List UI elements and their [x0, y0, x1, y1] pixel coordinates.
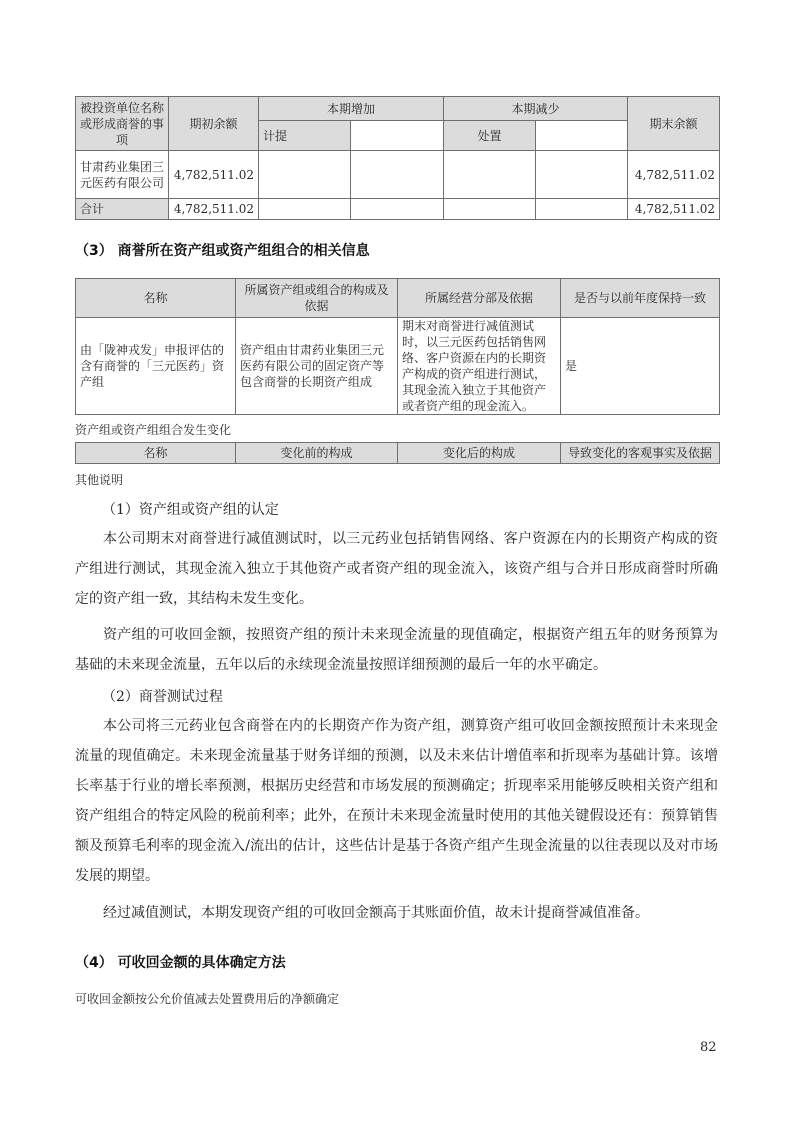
asset-group-info-table: 名称 所属资产组或组合的构成及依据 所属经营分部及依据 是否与以前年度保持一致 …: [75, 278, 720, 415]
page-number: 82: [700, 1040, 717, 1055]
header-disposal: 处置: [444, 121, 536, 151]
subsection2-title: （2）商誉测试过程: [102, 686, 223, 706]
header-consistent: 是否与以前年度保持一致: [561, 279, 720, 318]
asset-group-change-table: 名称 变化前的构成 变化后的构成 导致变化的客观事实及依据: [75, 442, 720, 464]
total-label: 合计: [76, 199, 169, 220]
paragraph-3: 本公司将三元药业包含商誉在内的长期资产作为资产组，测算资产组可收回金额按照预计未…: [75, 711, 718, 891]
total-row: 合计 4,782,511.02 4,782,511.02: [76, 199, 720, 220]
total-dec2: [536, 199, 628, 220]
table-row: 由「陇神戎发」申报评估的含有商誉的「三元医药」资产组 资产组由甘肃药业集团三元医…: [76, 318, 720, 415]
paragraph-2: 资产组的可收回金额，按照资产组的预计未来现金流量的现值确定，根据资产组五年的财务…: [75, 620, 718, 680]
cell-inc2: [351, 151, 444, 199]
header-name: 名称: [76, 279, 236, 318]
cell-consistent: 是: [561, 318, 720, 415]
header-name: 名称: [76, 443, 236, 464]
header-provision: 计提: [259, 121, 351, 151]
total-closing: 4,782,511.02: [628, 199, 720, 220]
header-decrease: 本期减少: [444, 97, 628, 121]
cell-composition: 资产组由甘肃药业集团三元医药有限公司的固定资产等包含商誉的长期资产组成: [236, 318, 398, 415]
header-decrease-other: [536, 121, 628, 151]
header-opening-balance: 期初余额: [169, 97, 259, 151]
cell-name: 由「陇神戎发」申报评估的含有商誉的「三元医药」资产组: [76, 318, 236, 415]
section3-heading: （3） 商誉所在资产组或资产组组合的相关信息: [75, 240, 370, 260]
header-increase: 本期增加: [259, 97, 444, 121]
paragraph-1: 本公司期末对商誉进行减值测试时，以三元药业包括销售网络、客户资源在内的长期资产构…: [75, 524, 718, 614]
cell-name: 甘肃药业集团三元医药有限公司: [76, 151, 169, 199]
section4-text: 可收回金额按公允价值减去处置费用后的净额确定: [75, 990, 339, 1007]
other-notes-label: 其他说明: [75, 471, 123, 488]
total-inc1: [259, 199, 351, 220]
table-row: 甘肃药业集团三元医药有限公司 4,782,511.02 4,782,511.02: [76, 151, 720, 199]
header-composition: 所属资产组或组合的构成及依据: [236, 279, 398, 318]
cell-opening: 4,782,511.02: [169, 151, 259, 199]
header-before: 变化前的构成: [236, 443, 398, 464]
cell-closing: 4,782,511.02: [628, 151, 720, 199]
header-increase-other: [351, 121, 444, 151]
total-opening: 4,782,511.02: [169, 199, 259, 220]
cell-dec1: [444, 151, 536, 199]
cell-dec2: [536, 151, 628, 199]
header-investee: 被投资单位名称或形成商誉的事项: [76, 97, 169, 151]
total-inc2: [351, 199, 444, 220]
cell-inc1: [259, 151, 351, 199]
goodwill-provision-table: 被投资单位名称或形成商誉的事项 期初余额 本期增加 本期减少 期末余额 计提 处…: [75, 96, 720, 220]
header-after: 变化后的构成: [398, 443, 561, 464]
header-segment: 所属经营分部及依据: [398, 279, 561, 318]
header-reason: 导致变化的客观事实及依据: [561, 443, 720, 464]
section4-heading: （4） 可收回金额的具体确定方法: [75, 952, 286, 972]
paragraph-4: 经过减值测试，本期发现资产组的可收回金额高于其账面价值，故未计提商誉减值准备。: [75, 898, 718, 928]
cell-segment: 期末对商誉进行减值测试时，以三元医药包括销售网络、客户资源在内的长期资产构成的资…: [398, 318, 561, 415]
subsection1-title: （1）资产组或资产组的认定: [102, 499, 279, 519]
total-dec1: [444, 199, 536, 220]
header-closing-balance: 期末余额: [628, 97, 720, 151]
change-label: 资产组或资产组组合发生变化: [75, 421, 231, 438]
